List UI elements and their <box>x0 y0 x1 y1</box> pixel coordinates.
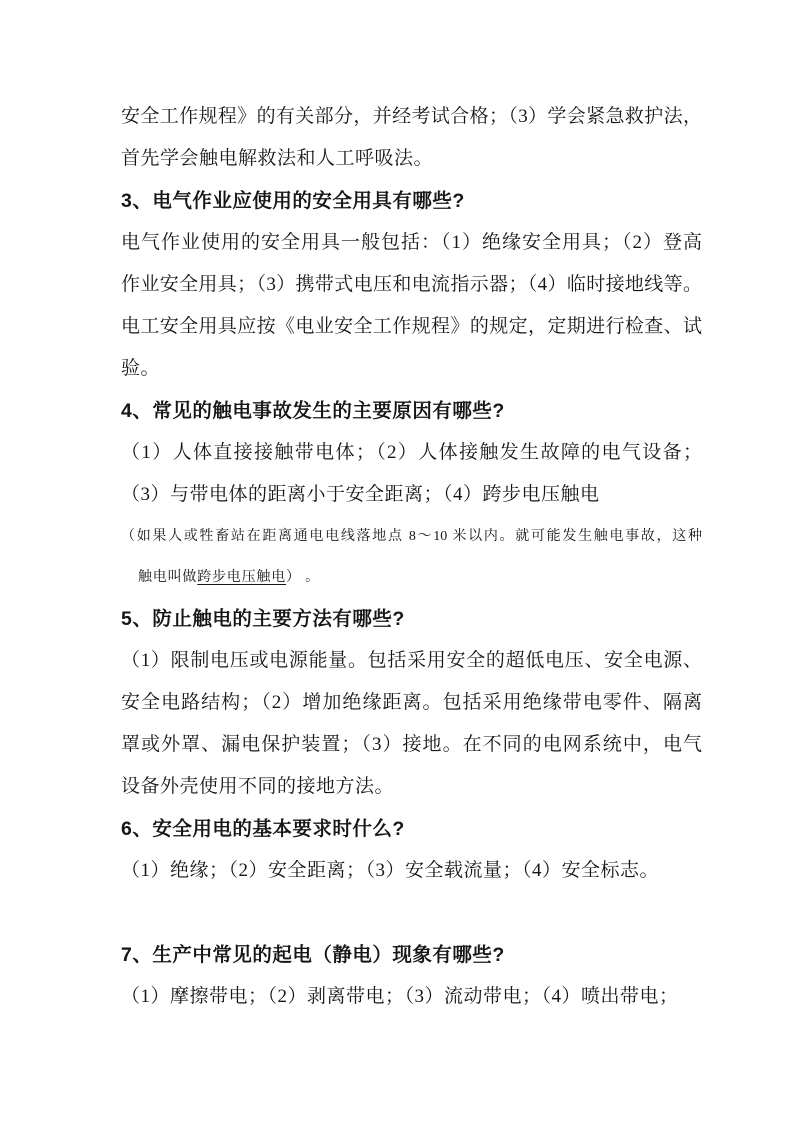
text-segment: （1）绝缘；（2）安全距离；（3）安全载流量；（4）安全标志。 <box>121 860 659 881</box>
heading-line: 6、安全用电的基本要求时什么? <box>121 808 702 850</box>
text-segment: 首先学会触电解救法和人工呼吸法。 <box>121 148 433 169</box>
heading-line: 3、电气作业应使用的安全用具有哪些? <box>121 180 702 222</box>
text-segment: 6、安全用电的基本要求时什么? <box>121 818 405 840</box>
heading-line: 7、生产中常见的起电（静电）现象有哪些? <box>121 934 702 976</box>
text-segment: 电气作业使用的安全用具一般包括：（1）绝缘安全用具；（2）登高 <box>121 232 702 253</box>
text-segment: 安全工作规程》的有关部分，并经考试合格；（3）学会紧急救护法， <box>121 106 702 127</box>
text-segment: 5、防止触电的主要方法有哪些? <box>121 608 405 630</box>
body-line: 电工安全用具应按《电业安全工作规程》的规定，定期进行检查、试 <box>121 306 702 348</box>
body-line: 作业安全用具；（3）携带式电压和电流指示器；（4）临时接地线等。 <box>121 264 702 306</box>
text-segment: （如果人或牲畜站在距离通电电线落地点 8～10 米以内。就可能发生触电事故，这种 <box>121 529 702 544</box>
text-segment: 4、常见的触电事故发生的主要原因有哪些? <box>121 400 505 422</box>
body-line: 电气作业使用的安全用具一般包括：（1）绝缘安全用具；（2）登高 <box>121 222 702 264</box>
text-segment: 触电叫做 <box>138 570 197 585</box>
body-line: （1）人体直接接触带电体；（2）人体接触发生故障的电气设备； <box>121 432 702 474</box>
body-line: 设备外壳使用不同的接地方法。 <box>121 766 702 808</box>
body-line: （1）限制电压或电源能量。包括采用安全的超低电压、安全电源、 <box>121 640 702 682</box>
heading-line: 5、防止触电的主要方法有哪些? <box>121 598 702 640</box>
body-line: 罩或外罩、漏电保护装置；（3）接地。在不同的电网系统中，电气 <box>121 724 702 766</box>
underlined-term: 跨步电压触电 <box>197 570 286 585</box>
note-line: （如果人或牲畜站在距离通电电线落地点 8～10 米以内。就可能发生触电事故，这种 <box>121 516 702 557</box>
text-segment: （1）摩擦带电；（2）剥离带电；（3）流动带电；（4）喷出带电； <box>121 986 679 1007</box>
body-line: （1）摩擦带电；（2）剥离带电；（3）流动带电；（4）喷出带电； <box>121 976 702 1018</box>
text-segment: 验。 <box>121 358 160 379</box>
note-line: 触电叫做跨步电压触电） 。 <box>121 557 702 598</box>
text-segment: 安全电路结构；（2）增加绝缘距离。包括采用绝缘带电零件、隔离 <box>121 692 702 713</box>
heading-line: 4、常见的触电事故发生的主要原因有哪些? <box>121 390 702 432</box>
text-segment: 罩或外罩、漏电保护装置；（3）接地。在不同的电网系统中，电气 <box>121 734 702 755</box>
text-segment: （1）人体直接接触带电体；（2）人体接触发生故障的电气设备； <box>121 442 702 463</box>
blank-line <box>121 892 702 934</box>
body-line: 验。 <box>121 348 702 390</box>
document-page: 安全工作规程》的有关部分，并经考试合格；（3）学会紧急救护法，首先学会触电解救法… <box>0 0 793 1122</box>
text-segment: ） 。 <box>286 570 320 585</box>
body-line: （1）绝缘；（2）安全距离；（3）安全载流量；（4）安全标志。 <box>121 850 702 892</box>
body-line: 安全电路结构；（2）增加绝缘距离。包括采用绝缘带电零件、隔离 <box>121 682 702 724</box>
body-line: 首先学会触电解救法和人工呼吸法。 <box>121 138 702 180</box>
text-segment: 7、生产中常见的起电（静电）现象有哪些? <box>121 944 505 966</box>
text-segment: 电工安全用具应按《电业安全工作规程》的规定，定期进行检查、试 <box>121 316 702 337</box>
text-segment: （3）与带电体的距离小于安全距离；（4）跨步电压触电 <box>121 484 600 505</box>
text-segment: 作业安全用具；（3）携带式电压和电流指示器；（4）临时接地线等。 <box>121 274 702 295</box>
text-segment: 3、电气作业应使用的安全用具有哪些? <box>121 190 465 212</box>
body-line: 安全工作规程》的有关部分，并经考试合格；（3）学会紧急救护法， <box>121 96 702 138</box>
text-segment: （1）限制电压或电源能量。包括采用安全的超低电压、安全电源、 <box>121 650 702 671</box>
document-body: 安全工作规程》的有关部分，并经考试合格；（3）学会紧急救护法，首先学会触电解救法… <box>121 96 702 1018</box>
body-line: （3）与带电体的距离小于安全距离；（4）跨步电压触电 <box>121 474 702 516</box>
text-segment: 设备外壳使用不同的接地方法。 <box>121 776 394 797</box>
